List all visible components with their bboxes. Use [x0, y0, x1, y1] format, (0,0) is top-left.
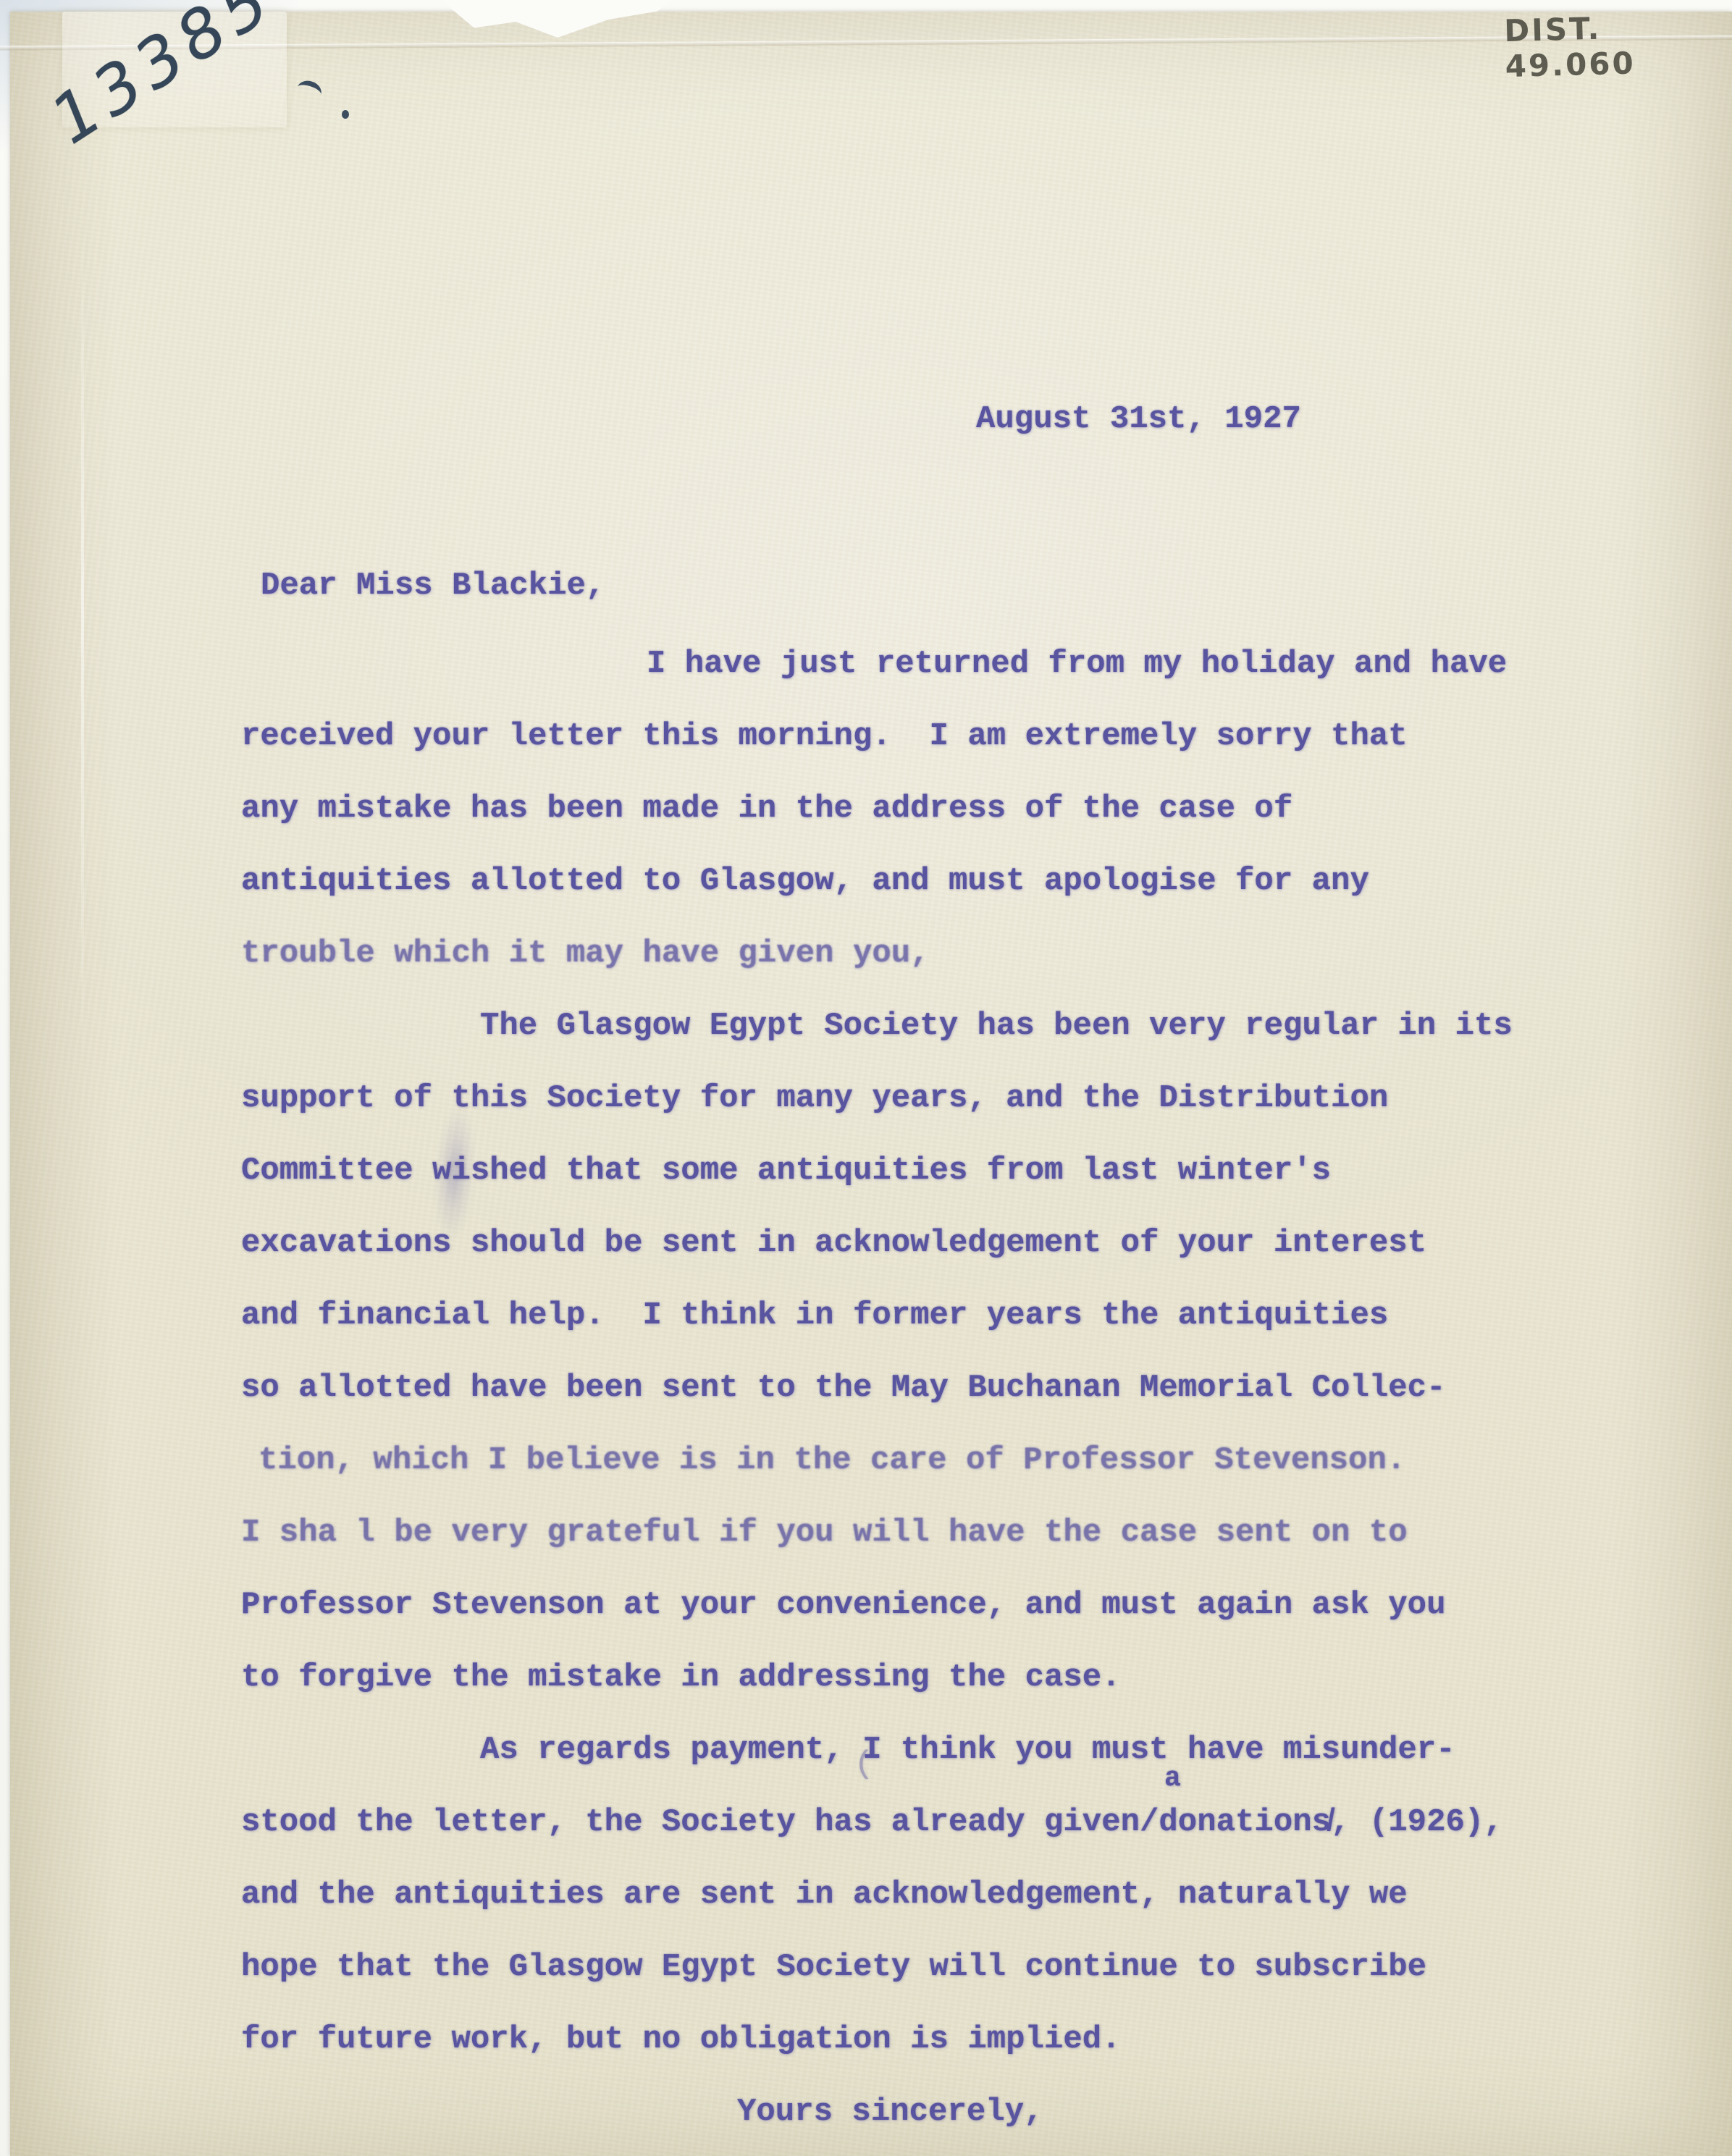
left-fold-line [81, 232, 84, 1064]
letter-line: support of this Society for many years, … [241, 1077, 1388, 1119]
letter-line: excavations should be sent in acknowledg… [241, 1222, 1426, 1264]
letter-line: hope that the Glasgow Egypt Society will… [241, 1946, 1426, 1988]
letter-line: I have just returned from my holiday and… [647, 643, 1507, 685]
scanned-letter-page: DIST. 49.060 13385 August 31st, 1927 Dea… [0, 0, 1732, 2156]
letter-line: Professor Stevenson at your convenience,… [241, 1584, 1445, 1626]
letter-line: so allotted have been sent to the May Bu… [241, 1367, 1445, 1409]
letter-line: and financial help. I think in former ye… [241, 1294, 1388, 1336]
letter-line: Yours sincerely, [737, 2091, 1043, 2133]
letter-line: Committee wished that some antiquities f… [241, 1150, 1331, 1192]
letter-line: antiquities allotted to Glasgow, and mus… [241, 860, 1369, 902]
letter-line: The Glasgow Egypt Society has been very … [480, 1005, 1513, 1047]
letter-line: received your letter this morning. I am … [241, 715, 1408, 757]
letter-line: and the antiquities are sent in acknowle… [241, 1874, 1408, 1916]
inserted-word-annotation: a [1164, 1758, 1181, 1800]
letter-line: I sha l be very grateful if you will hav… [241, 1512, 1408, 1554]
pencil-catalog-number: DIST. 49.060 [1504, 7, 1732, 84]
letter-line: for future work, but no obligation is im… [241, 2018, 1121, 2060]
ink-dot-mark [342, 110, 349, 119]
letter-date: August 31st, 1927 [976, 398, 1301, 440]
stray-pen-mark: ( [854, 1743, 873, 1785]
letter-line: any mistake has been made in the address… [241, 788, 1292, 830]
letter-line: tion, which I believe is in the care of … [258, 1439, 1405, 1481]
letter-line: trouble which it may have given you, [241, 932, 930, 974]
letter-line: to forgive the mistake in addressing the… [241, 1656, 1121, 1698]
letter-line: stood the letter, the Society has alread… [241, 1801, 1503, 1843]
letter-line: As regards payment, I think you must hav… [480, 1729, 1455, 1771]
salutation: Dear Miss Blackie, [261, 565, 605, 607]
